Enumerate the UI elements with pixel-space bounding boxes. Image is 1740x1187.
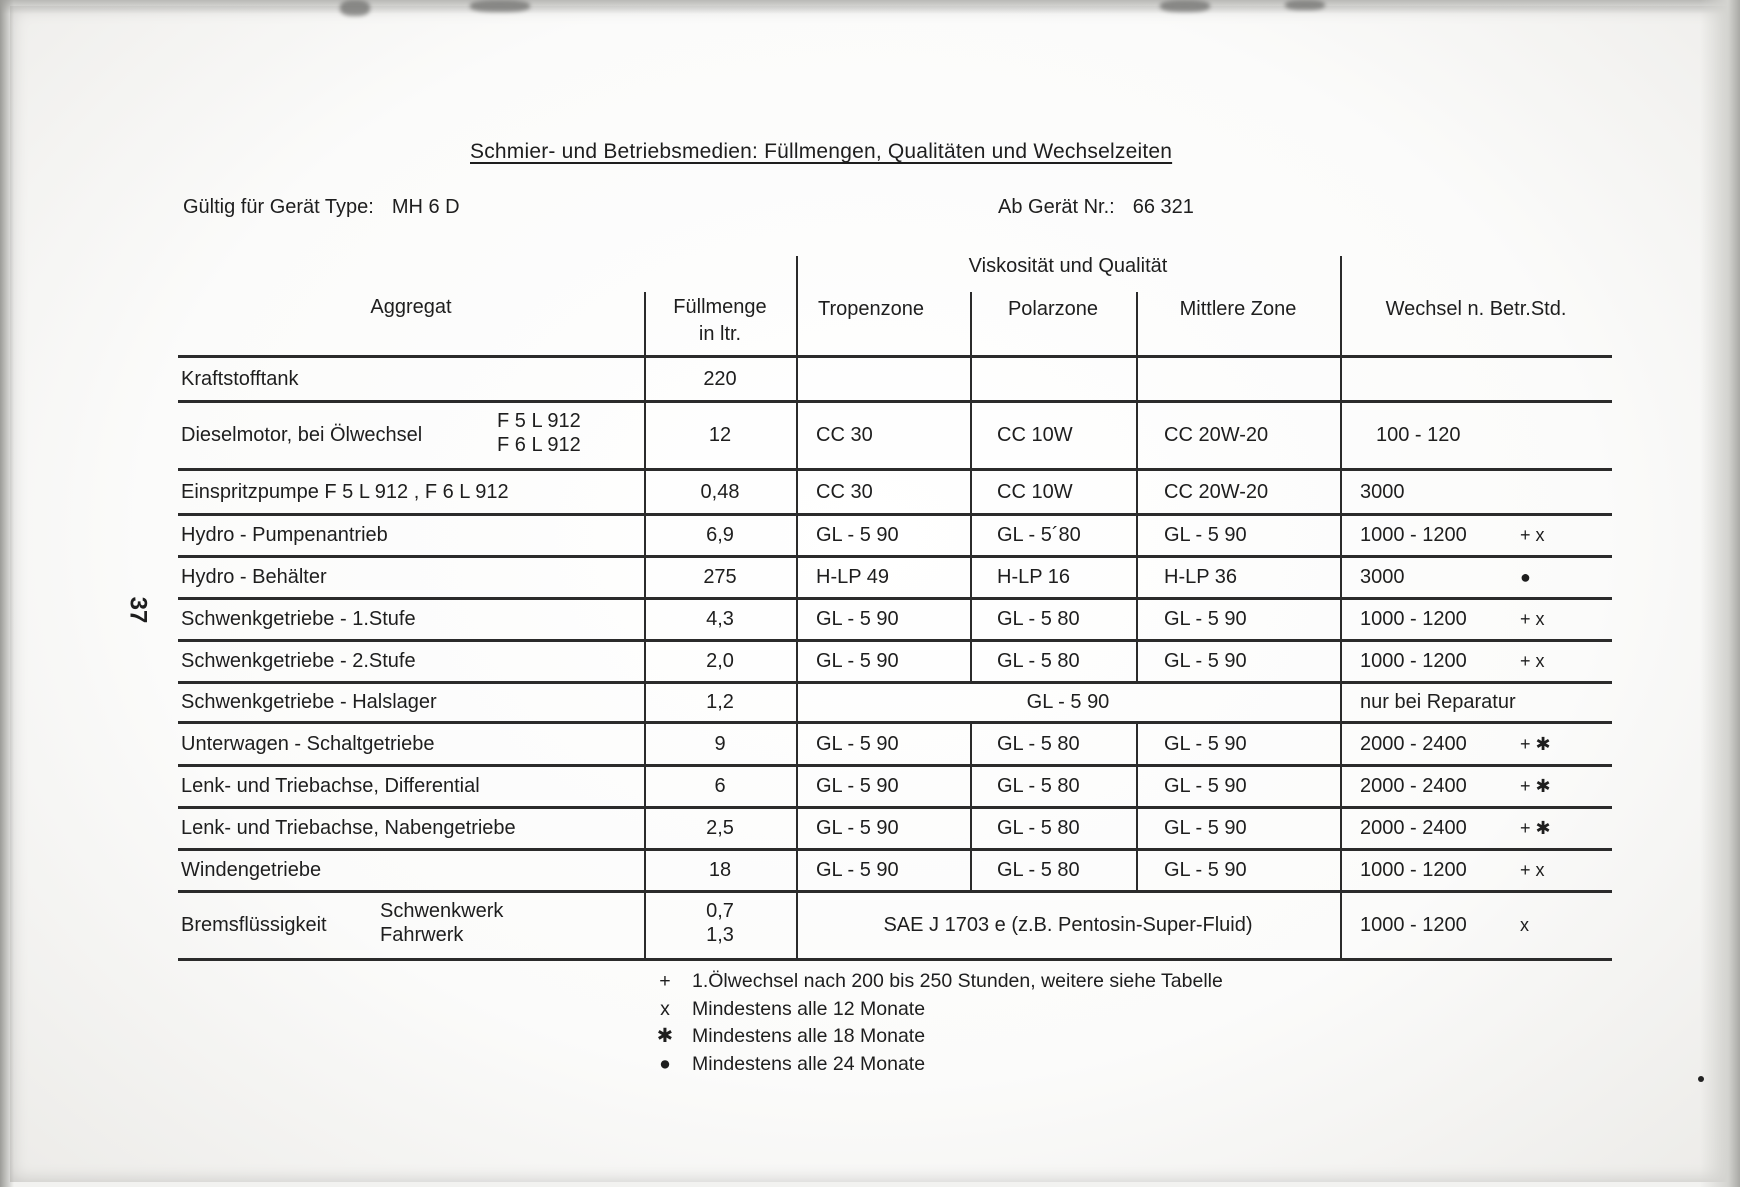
legend-item: ●Mindestens alle 24 Monate: [650, 1051, 1223, 1079]
scan-edge-left: [0, 0, 14, 1187]
row-fuellmenge: 12: [644, 422, 796, 448]
column-divider: [1136, 806, 1138, 848]
scan-edge-top: [0, 0, 1740, 14]
column-divider: [796, 639, 798, 681]
column-divider: [1340, 806, 1342, 848]
row-divider: [178, 681, 1612, 684]
row-aggregat: Schwenkgetriebe - 1.Stufe: [181, 606, 416, 632]
scan-smudge: [1160, 0, 1210, 12]
row-fuellmenge: 18: [644, 857, 796, 883]
row-divider: [178, 721, 1612, 724]
row-aggregat-sub: F 6 L 912: [497, 432, 581, 458]
scan-smudge: [470, 0, 530, 12]
legend: +1.Ölwechsel nach 200 bis 250 Stunden, w…: [650, 968, 1223, 1078]
row-divider: [178, 597, 1612, 600]
legend-text: Mindestens alle 24 Monate: [692, 1051, 925, 1079]
asterisk-icon: ✱: [650, 1023, 680, 1051]
legend-text: 1.Ölwechsel nach 200 bis 250 Stunden, we…: [692, 968, 1223, 996]
row-mittlere-zone: CC 20W-20: [1164, 422, 1268, 448]
column-divider: [970, 355, 972, 400]
row-divider: [178, 355, 1612, 358]
column-divider: [970, 292, 972, 355]
row-polarzone: GL - 5 80: [997, 857, 1080, 883]
row-tropenzone: CC 30: [816, 422, 873, 448]
row-mittlere-zone: GL - 5 90: [1164, 815, 1247, 841]
row-mittlere-zone: GL - 5 90: [1164, 857, 1247, 883]
row-fuellmenge: 9: [644, 731, 796, 757]
row-wechsel: 100 - 120: [1376, 422, 1461, 448]
column-divider: [644, 292, 646, 355]
column-divider: [796, 597, 798, 639]
scan-edge-right: [1700, 0, 1740, 1187]
column-divider: [1136, 721, 1138, 764]
row-divider: [178, 555, 1612, 558]
row-fuellmenge: 0,48: [644, 479, 796, 505]
column-divider: [796, 256, 798, 355]
serial-value: 66 321: [1133, 196, 1194, 218]
column-divider: [1340, 555, 1342, 597]
column-divider: [1340, 355, 1342, 400]
row-marks: + x: [1520, 857, 1545, 883]
row-tropenzone: GL - 5 90: [816, 815, 899, 841]
column-divider: [1136, 468, 1138, 513]
row-fuellmenge: 275: [644, 564, 796, 590]
row-tropenzone: GL - 5 90: [816, 606, 899, 632]
column-divider: [1136, 292, 1138, 355]
column-divider: [1340, 848, 1342, 890]
row-fuellmenge: 6: [644, 773, 796, 799]
row-aggregat: Kraftstofftank: [181, 366, 298, 392]
row-polarzone: H-LP 16: [997, 564, 1070, 590]
row-viscosity-merged: GL - 5 90: [796, 689, 1340, 715]
header-polarzone: Polarzone: [970, 296, 1136, 322]
row-tropenzone: GL - 5 90: [816, 773, 899, 799]
scan-speck: [1698, 1076, 1704, 1082]
row-marks: + x: [1520, 648, 1545, 674]
row-wechsel: nur bei Reparatur: [1360, 689, 1516, 715]
row-aggregat-sub: F 5 L 912: [497, 408, 581, 434]
row-tropenzone: CC 30: [816, 479, 873, 505]
column-divider: [970, 400, 972, 468]
row-aggregat: Lenk- und Triebachse, Differential: [181, 773, 480, 799]
row-aggregat-sub: Schwenkwerk: [380, 898, 503, 924]
header-wechsel: Wechsel n. Betr.Std.: [1340, 296, 1612, 322]
column-divider: [796, 513, 798, 555]
row-divider: [178, 400, 1612, 403]
row-fuellmenge: 6,9: [644, 522, 796, 548]
header-fuellmenge: Füllmenge: [644, 294, 796, 320]
legend-item: ✱Mindestens alle 18 Monate: [650, 1023, 1223, 1051]
row-aggregat: Schwenkgetriebe - 2.Stufe: [181, 648, 416, 674]
column-divider: [1136, 400, 1138, 468]
row-polarzone: GL - 5´80: [997, 522, 1081, 548]
row-fuellmenge: 1,2: [644, 689, 796, 715]
column-divider: [1136, 355, 1138, 400]
column-divider: [970, 764, 972, 806]
row-aggregat: Windengetriebe: [181, 857, 321, 883]
header-mittlere-zone: Mittlere Zone: [1136, 296, 1340, 322]
column-divider: [1136, 848, 1138, 890]
column-divider: [796, 848, 798, 890]
row-aggregat: Dieselmotor, bei Ölwechsel: [181, 422, 422, 448]
row-marks: + ✱: [1520, 815, 1551, 841]
legend-text: Mindestens alle 18 Monate: [692, 1023, 925, 1051]
column-divider: [796, 806, 798, 848]
header-aggregat: Aggregat: [178, 294, 644, 320]
row-aggregat: Bremsflüssigkeit: [181, 912, 327, 938]
filled-circle-icon: ●: [650, 1051, 680, 1079]
row-tropenzone: GL - 5 90: [816, 648, 899, 674]
row-mittlere-zone: GL - 5 90: [1164, 731, 1247, 757]
column-divider: [1340, 721, 1342, 764]
header-fuellmenge-unit: in ltr.: [644, 321, 796, 347]
row-aggregat: Hydro - Pumpenantrieb: [181, 522, 388, 548]
row-aggregat: Lenk- und Triebachse, Nabengetriebe: [181, 815, 516, 841]
column-divider: [1340, 890, 1342, 958]
row-fuellmenge: 220: [644, 366, 796, 392]
column-divider: [1136, 639, 1138, 681]
row-tropenzone: GL - 5 90: [816, 857, 899, 883]
row-marks: + ✱: [1520, 731, 1551, 757]
header-viscosity-group: Viskosität und Qualität: [796, 253, 1340, 279]
page-number: 37: [123, 597, 151, 624]
row-marks: + x: [1520, 606, 1545, 632]
row-divider: [178, 848, 1612, 851]
row-fuellmenge: 0,7: [644, 898, 796, 924]
row-marks: + ✱: [1520, 773, 1551, 799]
column-divider: [1340, 256, 1342, 355]
column-divider: [1136, 555, 1138, 597]
row-wechsel: 1000 - 1200: [1360, 606, 1467, 632]
column-divider: [1340, 400, 1342, 468]
row-wechsel: 2000 - 2400: [1360, 731, 1467, 757]
column-divider: [1136, 597, 1138, 639]
row-mittlere-zone: GL - 5 90: [1164, 773, 1247, 799]
serial-number: Ab Gerät Nr.:66 321: [998, 196, 1194, 219]
row-divider: [178, 468, 1612, 471]
row-polarzone: GL - 5 80: [997, 773, 1080, 799]
row-wechsel: 3000: [1360, 479, 1405, 505]
row-aggregat: Unterwagen - Schaltgetriebe: [181, 731, 434, 757]
column-divider: [796, 355, 798, 400]
column-divider: [796, 400, 798, 468]
row-divider: [178, 890, 1612, 893]
cross-icon: x: [650, 996, 680, 1024]
row-marks: x: [1520, 912, 1529, 938]
row-divider: [178, 806, 1612, 809]
device-type: Gültig für Gerät Type:MH 6 D: [183, 196, 460, 219]
row-wechsel: 1000 - 1200: [1360, 857, 1467, 883]
column-divider: [1340, 681, 1342, 721]
row-wechsel: 1000 - 1200: [1360, 648, 1467, 674]
column-divider: [796, 555, 798, 597]
column-divider: [1136, 764, 1138, 806]
column-divider: [1340, 764, 1342, 806]
column-divider: [970, 848, 972, 890]
row-divider: [178, 958, 1612, 961]
row-marks: ●: [1520, 564, 1531, 590]
row-fuellmenge: 4,3: [644, 606, 796, 632]
row-wechsel: 2000 - 2400: [1360, 773, 1467, 799]
column-divider: [970, 555, 972, 597]
column-divider: [970, 597, 972, 639]
column-divider: [1340, 513, 1342, 555]
document-title: Schmier- und Betriebsmedien: Füllmengen,…: [470, 140, 1172, 164]
column-divider: [970, 468, 972, 513]
row-tropenzone: GL - 5 90: [816, 731, 899, 757]
row-mittlere-zone: GL - 5 90: [1164, 606, 1247, 632]
column-divider: [1340, 468, 1342, 513]
row-aggregat-sub: Fahrwerk: [380, 922, 463, 948]
column-divider: [1136, 513, 1138, 555]
column-divider: [970, 806, 972, 848]
row-tropenzone: GL - 5 90: [816, 522, 899, 548]
row-polarzone: GL - 5 80: [997, 815, 1080, 841]
column-divider: [970, 721, 972, 764]
row-polarzone: CC 10W: [997, 479, 1073, 505]
serial-label: Ab Gerät Nr.:: [998, 196, 1115, 218]
row-wechsel: 2000 - 2400: [1360, 815, 1467, 841]
legend-item: +1.Ölwechsel nach 200 bis 250 Stunden, w…: [650, 968, 1223, 996]
row-fuellmenge: 2,5: [644, 815, 796, 841]
row-wechsel: 3000: [1360, 564, 1405, 590]
column-divider: [970, 639, 972, 681]
row-mittlere-zone: CC 20W-20: [1164, 479, 1268, 505]
column-divider: [796, 468, 798, 513]
row-polarzone: GL - 5 80: [997, 648, 1080, 674]
row-aggregat: Schwenkgetriebe - Halslager: [181, 689, 437, 715]
row-viscosity-merged: SAE J 1703 e (z.B. Pentosin-Super-Fluid): [796, 912, 1340, 938]
column-divider: [796, 721, 798, 764]
row-fuellmenge: 1,3: [644, 922, 796, 948]
row-divider: [178, 639, 1612, 642]
device-type-label: Gültig für Gerät Type:: [183, 196, 374, 218]
row-polarzone: CC 10W: [997, 422, 1073, 448]
row-marks: + x: [1520, 522, 1545, 548]
device-type-value: MH 6 D: [392, 196, 460, 218]
row-tropenzone: H-LP 49: [816, 564, 889, 590]
column-divider: [796, 764, 798, 806]
header-tropenzone: Tropenzone: [818, 296, 924, 322]
scan-smudge: [340, 0, 370, 16]
row-aggregat: Hydro - Behälter: [181, 564, 327, 590]
row-wechsel: 1000 - 1200: [1360, 912, 1467, 938]
scan-smudge: [1285, 0, 1325, 10]
row-mittlere-zone: H-LP 36: [1164, 564, 1237, 590]
plus-icon: +: [650, 968, 680, 996]
legend-text: Mindestens alle 12 Monate: [692, 996, 925, 1024]
legend-item: xMindestens alle 12 Monate: [650, 996, 1223, 1024]
row-polarzone: GL - 5 80: [997, 731, 1080, 757]
column-divider: [1340, 597, 1342, 639]
row-fuellmenge: 2,0: [644, 648, 796, 674]
row-aggregat: Einspritzpumpe F 5 L 912 , F 6 L 912: [181, 479, 509, 505]
row-mittlere-zone: GL - 5 90: [1164, 522, 1247, 548]
column-divider: [970, 513, 972, 555]
row-wechsel: 1000 - 1200: [1360, 522, 1467, 548]
column-divider: [1340, 639, 1342, 681]
row-mittlere-zone: GL - 5 90: [1164, 648, 1247, 674]
row-divider: [178, 764, 1612, 767]
row-polarzone: GL - 5 80: [997, 606, 1080, 632]
row-divider: [178, 513, 1612, 516]
